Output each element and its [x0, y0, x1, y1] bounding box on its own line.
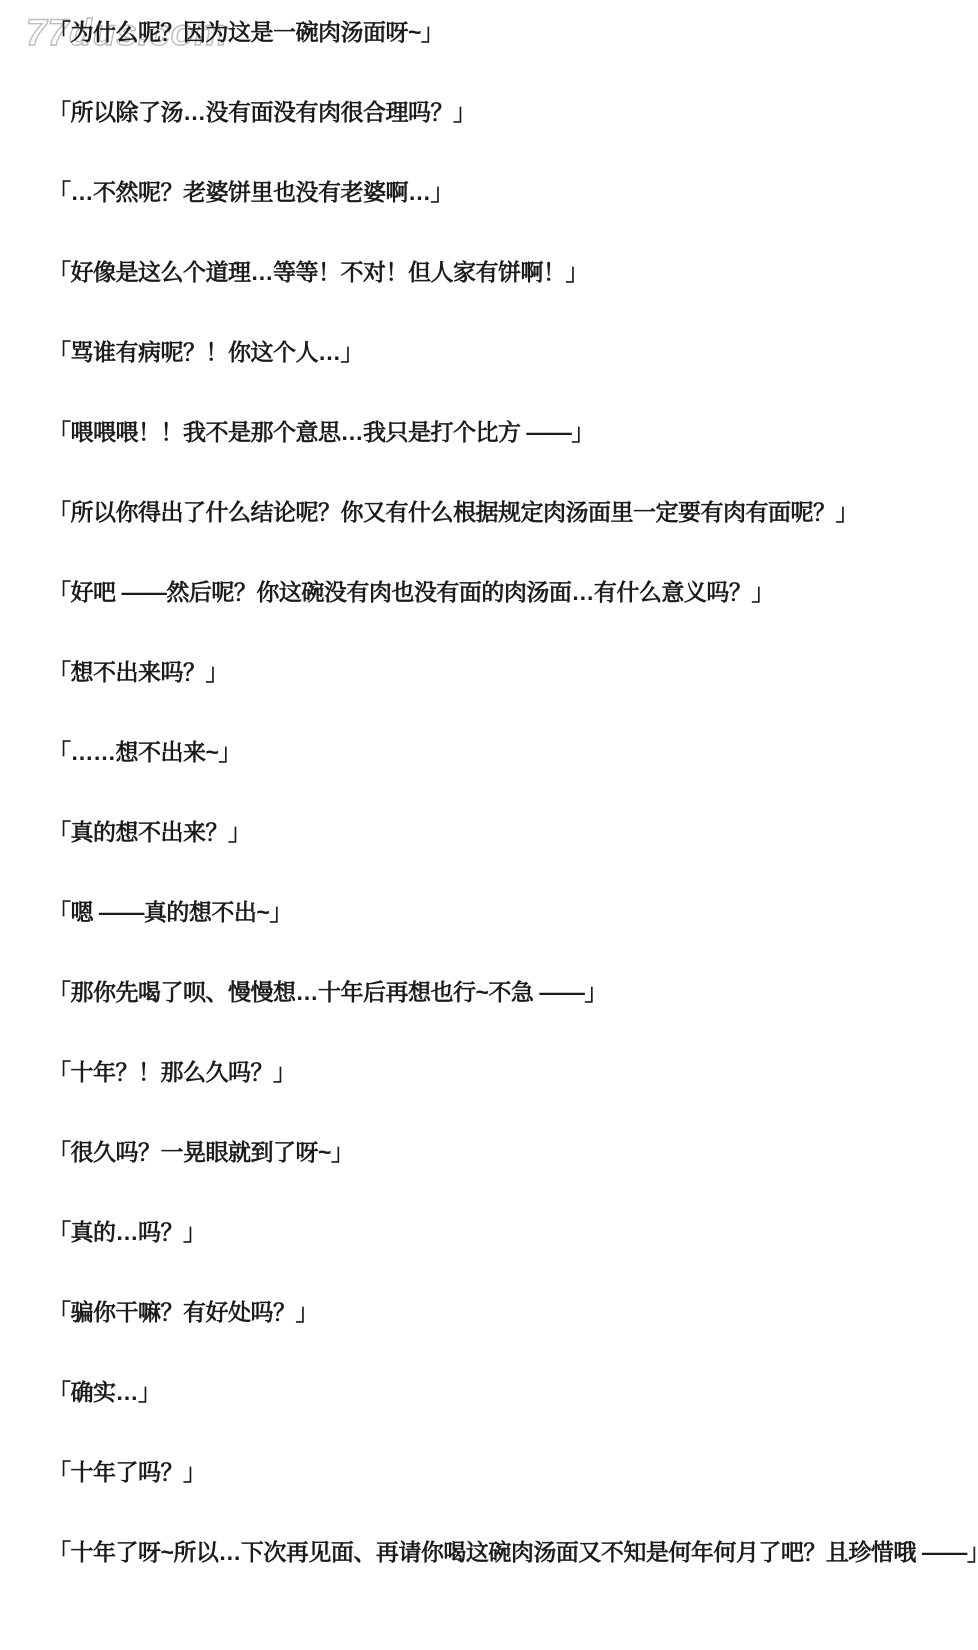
dialogue-line: 「……想不出来~」 — [48, 736, 970, 769]
dialogue-line: 「十年？！那么久吗？」 — [48, 1056, 970, 1089]
dialogue-text-block: 「为什么呢？因为这是一碗肉汤面呀~」 「所以除了汤…没有面没有肉很合理吗？」 「… — [48, 16, 970, 1569]
novel-text-page: 77dus.com 「为什么呢？因为这是一碗肉汤面呀~」 「所以除了汤…没有面没… — [0, 0, 978, 1650]
dialogue-line: 「十年了吗？」 — [48, 1456, 970, 1489]
dialogue-line: 「好像是这么个道理…等等！不对！但人家有饼啊！」 — [48, 256, 970, 289]
dialogue-line: 「很久吗？一晃眼就到了呀~」 — [48, 1136, 970, 1169]
dialogue-line: 「确实…」 — [48, 1376, 970, 1409]
dialogue-line: 「所以除了汤…没有面没有肉很合理吗？」 — [48, 96, 970, 129]
dialogue-line: 「所以你得出了什么结论呢？你又有什么根据规定肉汤面里一定要有肉有面呢？」 — [48, 496, 970, 529]
dialogue-line: 「嗯 ——真的想不出~」 — [48, 896, 970, 929]
dialogue-line: 「真的想不出来？」 — [48, 816, 970, 849]
dialogue-line: 「为什么呢？因为这是一碗肉汤面呀~」 — [48, 16, 970, 49]
dialogue-line: 「喂喂喂！！我不是那个意思…我只是打个比方 ——」 — [48, 416, 970, 449]
dialogue-line: 「骂谁有病呢？！你这个人…」 — [48, 336, 970, 369]
dialogue-line: 「…不然呢？老婆饼里也没有老婆啊…」 — [48, 176, 970, 209]
dialogue-line: 「骗你干嘛？有好处吗？」 — [48, 1296, 970, 1329]
dialogue-line: 「真的…吗？」 — [48, 1216, 970, 1249]
dialogue-line: 「十年了呀~所以…下次再见面、再请你喝这碗肉汤面又不知是何年何月了吧？且珍惜哦 … — [48, 1536, 970, 1569]
dialogue-line: 「那你先喝了呗、慢慢想…十年后再想也行~不急 ——」 — [48, 976, 970, 1009]
dialogue-line: 「好吧 ——然后呢？你这碗没有肉也没有面的肉汤面…有什么意义吗？」 — [48, 576, 970, 609]
dialogue-line: 「想不出来吗？」 — [48, 656, 970, 689]
